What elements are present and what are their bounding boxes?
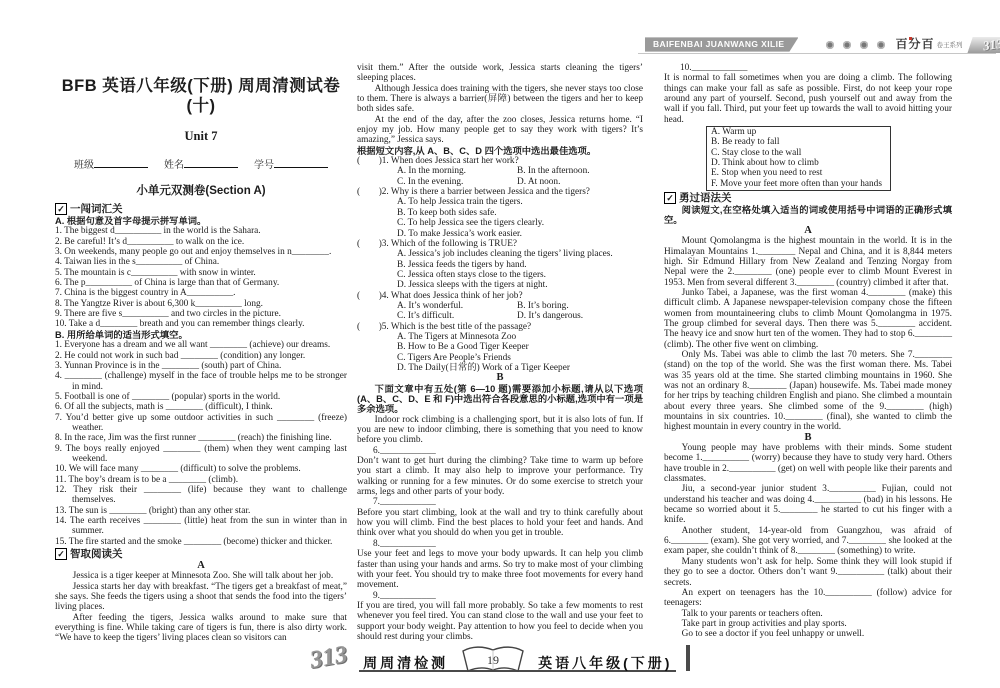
paragraph: Indoor rock climbing is a challenging sp… (357, 415, 643, 446)
header-stripe-icon (635, 38, 642, 51)
student-info-row: 班级 姓名 学号 (55, 158, 347, 171)
question-item: 4. Taiwan lies in the s__________ of Chi… (55, 257, 347, 267)
page-number: 19 (487, 653, 499, 667)
question-item: 12. They risk their ________ (life) beca… (55, 485, 347, 506)
question-item: 13. The sun is ________ (bright) than an… (55, 506, 347, 516)
box-option: D. Think about how to climb (711, 158, 882, 168)
paragraph: Another student, 14-year-old from Guangz… (664, 526, 952, 557)
section-subtitle: 小单元双测卷(Section A) (55, 186, 347, 196)
paragraph: Don’t want to get hurt during the climbi… (357, 456, 643, 497)
paragraph: Jessica starts her day with breakfast. “… (55, 582, 347, 613)
mc-option: B. How to Be a Good Tiger Keeper (357, 342, 643, 352)
checked-checkbox-icon: ✓ (55, 548, 67, 560)
section-heading: ✓智取阅读关 (55, 548, 347, 560)
brand-logo-text: 百分百 (895, 37, 934, 51)
number-field: 学号 (254, 158, 328, 171)
question-item: 9. There are five s__________ and two ci… (55, 309, 347, 319)
mc-option-row: C. It’s difficult.D. It’s dangerous. (357, 311, 643, 321)
paragraph: Mount Qomolangma is the highest mountain… (664, 236, 952, 288)
number-blank-line (274, 158, 328, 168)
question-item: 7. You’d better give up some outdoor act… (55, 413, 347, 434)
question-item: 7. China is the biggest country in A____… (55, 288, 347, 298)
paragraph: Many students won’t ask for help. Some t… (664, 557, 952, 588)
question-item: 6. The p__________ of China is large tha… (55, 278, 347, 288)
box-option: A. Warm up (711, 127, 882, 137)
box-option: B. Be ready to fall (711, 137, 882, 147)
series-banner-text: BAIFENBAI JUANWANG XILIE (653, 39, 784, 49)
paragraph-line: Go to see a doctor if you feel unhappy o… (664, 629, 952, 639)
column-right: 10.____________It is normal to fall some… (664, 63, 952, 640)
circle-dot-icon (877, 41, 885, 49)
paper-title: BFB 英语八年级(下册) 周周清测试卷(十) (55, 76, 347, 116)
question-item: 5. Football is one of ________ (popular)… (55, 392, 347, 402)
checked-checkbox-icon: ✓ (664, 192, 676, 204)
paragraph: It is normal to fall sometimes when you … (664, 73, 952, 125)
box-option: C. Stay close to the wall (711, 148, 882, 158)
mc-option: D. At noon. (517, 177, 643, 187)
paragraph: Jiu, a second-year junior student 3.____… (664, 484, 952, 525)
passage-label: B (357, 373, 643, 383)
section-heading-label: 智取阅读关 (70, 549, 123, 559)
footer-title-group: 周周清检测 19 英语八年级(下册) (359, 644, 676, 672)
name-field: 姓名 (164, 158, 238, 171)
footer-swirl-logo-icon: 313 (309, 650, 348, 667)
paragraph-line: Talk to your parents or teachers often. (664, 609, 952, 619)
mc-option: B. Jessica feeds the tigers by hand. (357, 260, 643, 270)
paragraph: Jessica is a tiger keeper at Minnesota Z… (55, 571, 347, 581)
header-stripe-icon (637, 38, 644, 51)
paragraph: visit them.” After the outside work, Jes… (357, 63, 643, 84)
question-item: 2. Be careful! It’s d__________ to walk … (55, 237, 347, 247)
mc-question: ( )2. Why is there a barrier between Jes… (357, 187, 643, 197)
mc-question: ( )5. Which is the best title of the pas… (357, 322, 643, 332)
column-right-bottom: ✓勇过语法关阅读短文,在空格处填入适当的词或使用括号中词语的正确形式填空。AMo… (664, 192, 952, 639)
paragraph: If you are tired, you will fall more pro… (357, 601, 643, 642)
subtitle-blank: 10.____________ (664, 63, 952, 73)
mc-option: B. It’s boring. (517, 301, 643, 311)
mc-option: B. To keep both sides safe. (357, 208, 643, 218)
column-left: BFB 英语八年级(下册) 周周清测试卷(十) Unit 7 班级 姓名 学号 … (55, 70, 347, 644)
paragraph: Although Jessica does training with the … (357, 84, 643, 115)
brand-accent-icon (909, 37, 912, 40)
exam-page: BAIFENBAI JUANWANG XILIE 百分百 卷王系列 313 BF… (0, 0, 1000, 688)
page-header: BAIFENBAI JUANWANG XILIE 百分百 卷王系列 313 (638, 36, 996, 54)
instruction-text: B. 用所给单词的适当形式填空。 (55, 330, 347, 340)
box-option: F. Move your feet more often than your h… (711, 179, 882, 189)
corner-logo-band: 313 (966, 37, 1000, 53)
brand-swirl-icon: 313 (983, 38, 1000, 51)
instruction-text: A. 根据句意及首字母提示拼写单词。 (55, 216, 347, 226)
mc-option: C. Jessica often stays close to the tige… (357, 270, 643, 280)
subtitle-blank: 8.____________ (357, 539, 643, 549)
mc-option: D. Jessica sleeps with the tigers at nig… (357, 280, 643, 290)
footer-series-title: 周周清检测 (363, 658, 448, 668)
section-heading-label: 一闯词汇关 (70, 204, 123, 214)
class-field: 班级 (74, 158, 148, 171)
question-item: 11. The boy’s dream is to be a ________ … (55, 475, 347, 485)
series-banner: BAIFENBAI JUANWANG XILIE (645, 37, 798, 51)
passage-label: A (55, 561, 347, 571)
class-blank-line (94, 158, 148, 168)
mc-option-row: A. It’s wonderful.B. It’s boring. (357, 301, 643, 311)
question-item: 10. Take a d________ breath and you can … (55, 319, 347, 329)
paragraph: Before you start climbing, look at the w… (357, 508, 643, 539)
question-item: 8. The Yangtze River is about 6,300 k___… (55, 299, 347, 309)
mc-option: C. It’s difficult. (397, 311, 517, 321)
subtitle-blank: 6.____________ (357, 446, 643, 456)
paragraph: Only Ms. Tabei was able to climb the las… (664, 350, 952, 433)
brand-logo: 百分百 (895, 39, 934, 49)
question-item: 2. He could not work in such bad _______… (55, 351, 347, 361)
paragraph: An expert on teenagers has the 10.______… (664, 588, 952, 609)
question-item: 3. On weekends, many people go out and e… (55, 247, 347, 257)
paragraph: Junko Tabei, a Japanese, was the first w… (664, 288, 952, 350)
class-label: 班级 (74, 160, 94, 171)
section-heading-label: 勇过语法关 (679, 193, 732, 203)
number-label: 学号 (254, 160, 274, 171)
box-option: E. Stop when you need to rest (711, 168, 882, 178)
instruction-text: 下面文章中有五处(第 6—10 题)需要添加小标题,请从以下选项(A、B、C、D… (357, 384, 643, 415)
paragraph: After feeding the tigers, Jessica walks … (55, 613, 347, 644)
subtitle-options-box: A. Warm upB. Be ready to fallC. Stay clo… (706, 126, 891, 191)
mc-option: D. It’s dangerous. (517, 311, 643, 321)
passage-label: A (664, 226, 952, 236)
circle-dot-icon (826, 41, 834, 49)
question-item: 8. In the race, Jim was the first runner… (55, 433, 347, 443)
question-item: 14. The earth receives ________ (little)… (55, 516, 347, 537)
question-item: 9. The boys really enjoyed ________ (the… (55, 444, 347, 465)
mc-option: A. It’s wonderful. (397, 301, 517, 311)
footer-book-title: 英语八年级(下册) (538, 658, 672, 668)
section-heading: ✓勇过语法关 (664, 192, 952, 204)
mc-question: ( )3. Which of the following is TRUE? (357, 239, 643, 249)
mc-option: A. To help Jessica train the tigers. (357, 197, 643, 207)
paragraph: Use your feet and legs to move your body… (357, 549, 643, 590)
circle-dot-icon (843, 41, 851, 49)
mc-option-row: C. In the evening.D. At noon. (357, 177, 643, 187)
question-item: 6. Of all the subjects, math is ________… (55, 402, 347, 412)
question-item: 4. ________ (challenge) myself in the fa… (55, 371, 347, 392)
page-footer: 313 周周清检测 19 英语八年级(下册) (0, 644, 1000, 672)
mc-question: ( )4. What does Jessica think of her job… (357, 291, 643, 301)
mc-option: D. To make Jessica’s work easier. (357, 229, 643, 239)
question-item: 1. Everyone has a dream and we all want … (55, 340, 347, 350)
question-item: 10. We will face many ________ (difficul… (55, 464, 347, 474)
mc-option: C. To help Jessica see the tigers clearl… (357, 218, 643, 228)
name-blank-line (184, 158, 238, 168)
mc-question: ( )1. When does Jessica start her work? (357, 156, 643, 166)
mc-option: B. In the afternoon. (517, 166, 643, 176)
column-middle: visit them.” After the outside work, Jes… (357, 63, 643, 642)
mc-option: C. In the evening. (397, 177, 517, 187)
column-right-top: 10.____________It is normal to fall some… (664, 63, 952, 125)
brand-series-label: 卷王系列 (936, 41, 962, 51)
circle-dot-icon (860, 41, 868, 49)
checked-checkbox-icon: ✓ (55, 203, 67, 215)
unit-title: Unit 7 (55, 131, 347, 141)
instruction-text: 阅读短文,在空格处填入适当的词或使用括号中词语的正确形式填空。 (664, 205, 952, 226)
paragraph: At the end of the day, after the zoo clo… (357, 115, 643, 146)
mc-option: A. Jessica’s job includes cleaning the t… (357, 249, 643, 259)
mc-option: A. The Tigers at Minnesota Zoo (357, 332, 643, 342)
paragraph: Young people may have problems with thei… (664, 443, 952, 484)
header-dots (826, 41, 885, 49)
subtitle-blank: 7.____________ (357, 497, 643, 507)
instruction-text: 根据短文内容,从 A、B、C、D 四个选项中选出最佳选项。 (357, 146, 643, 156)
subtitle-blank: 9.____________ (357, 591, 643, 601)
name-label: 姓名 (164, 160, 184, 171)
mc-option: C. Tigers Are People’s Friends (357, 353, 643, 363)
question-item: 15. The fire started and the smoke _____… (55, 537, 347, 547)
mc-option: A. In the morning. (397, 166, 517, 176)
mc-option-row: A. In the morning.B. In the afternoon. (357, 166, 643, 176)
footer-end-bar (686, 645, 690, 671)
question-item: 3. Yunnan Province is in the ________ (s… (55, 361, 347, 371)
question-item: 1. The biggest d__________ in the world … (55, 226, 347, 236)
paragraph-line: Take part in group activities and play s… (664, 619, 952, 629)
passage-label: B (664, 433, 952, 443)
column-left-content: ✓一闯词汇关A. 根据句意及首字母提示拼写单词。1. The biggest d… (55, 203, 347, 644)
section-heading: ✓一闯词汇关 (55, 203, 347, 215)
question-item: 5. The mountain is c__________ with snow… (55, 268, 347, 278)
open-book-icon: 19 (460, 644, 526, 674)
